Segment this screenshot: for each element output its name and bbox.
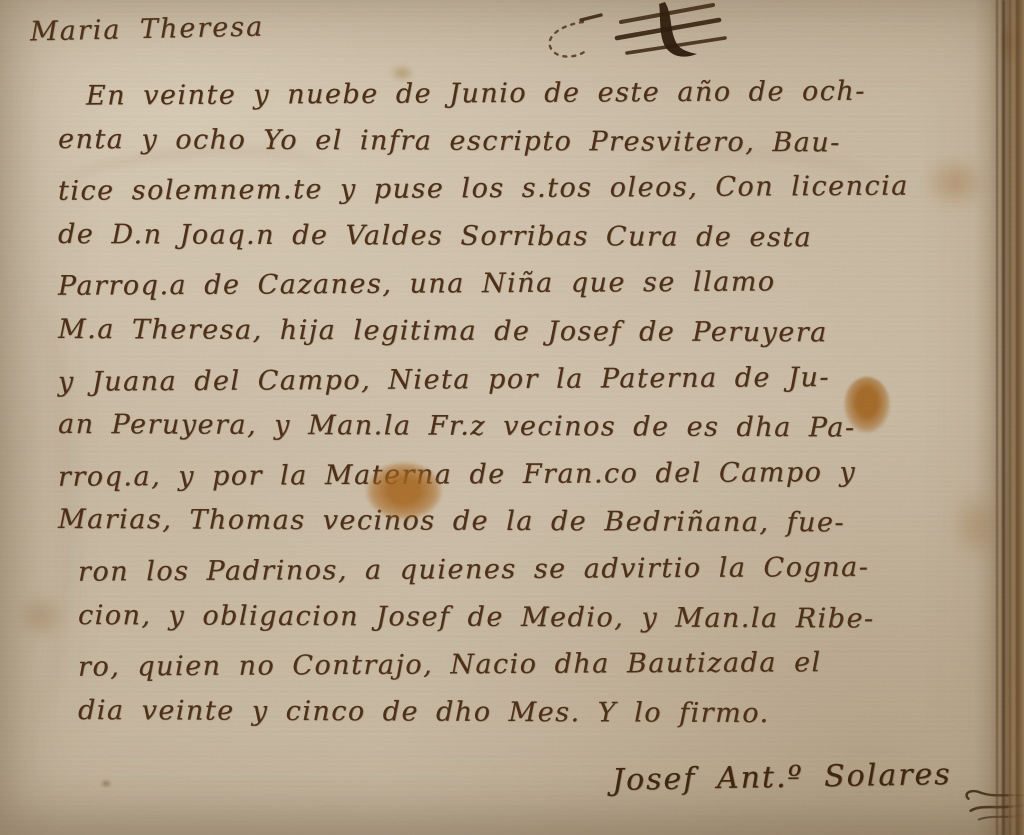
manuscript-line: Parroq.a de Cazanes, una Niña que se lla… [58, 258, 978, 311]
binding-crease [1016, 0, 1018, 835]
manuscript-line: dia veinte y cinco de dho Mes. Y lo firm… [58, 687, 978, 739]
manuscript-line: En veinte y nuebe de Junio de este año d… [58, 67, 978, 120]
manuscript-line: enta y ocho Yo el infra escripto Presvit… [58, 116, 978, 168]
signature-block: Josef Ant.º Solares [612, 757, 952, 798]
binding-crease [996, 0, 998, 835]
binding-crease [1002, 0, 1005, 835]
record-body: En veinte y nuebe de Junio de este año d… [58, 70, 978, 736]
manuscript-line: ron los Padrinos, a quienes se advirtio … [58, 543, 978, 596]
ink-flourish-icon [525, 0, 735, 66]
manuscript-line: y Juana del Campo, Nieta por la Paterna … [58, 353, 978, 406]
manuscript-page: Maria Theresa En veinte y nuebe de Junio… [0, 0, 1024, 835]
page-binding-edge [974, 0, 1024, 835]
manuscript-line: ro, quien no Contrajo, Nacio dha Bautiza… [58, 638, 978, 691]
manuscript-line: rroq.a, y por la Materna de Fran.co del … [58, 448, 978, 501]
manuscript-line: de D.n Joaq.n de Valdes Sorribas Cura de… [58, 211, 978, 263]
signature-name: Josef Ant.º Solares [612, 757, 952, 798]
manuscript-line: Marias, Thomas vecinos de la de Bedriñan… [58, 496, 978, 548]
binding-crease [1009, 0, 1011, 835]
manuscript-line: M.a Theresa, hija legitima de Josef de P… [58, 306, 978, 358]
manuscript-line: an Peruyera, y Man.la Fr.z vecinos de es… [58, 401, 978, 453]
margin-note-child-name: Maria Theresa [30, 12, 265, 48]
manuscript-line: tice solemnem.te y puse los s.tos oleos,… [58, 162, 978, 215]
manuscript-line: cion, y obligacion Josef de Medio, y Man… [58, 592, 978, 644]
paper-stain [100, 779, 112, 788]
